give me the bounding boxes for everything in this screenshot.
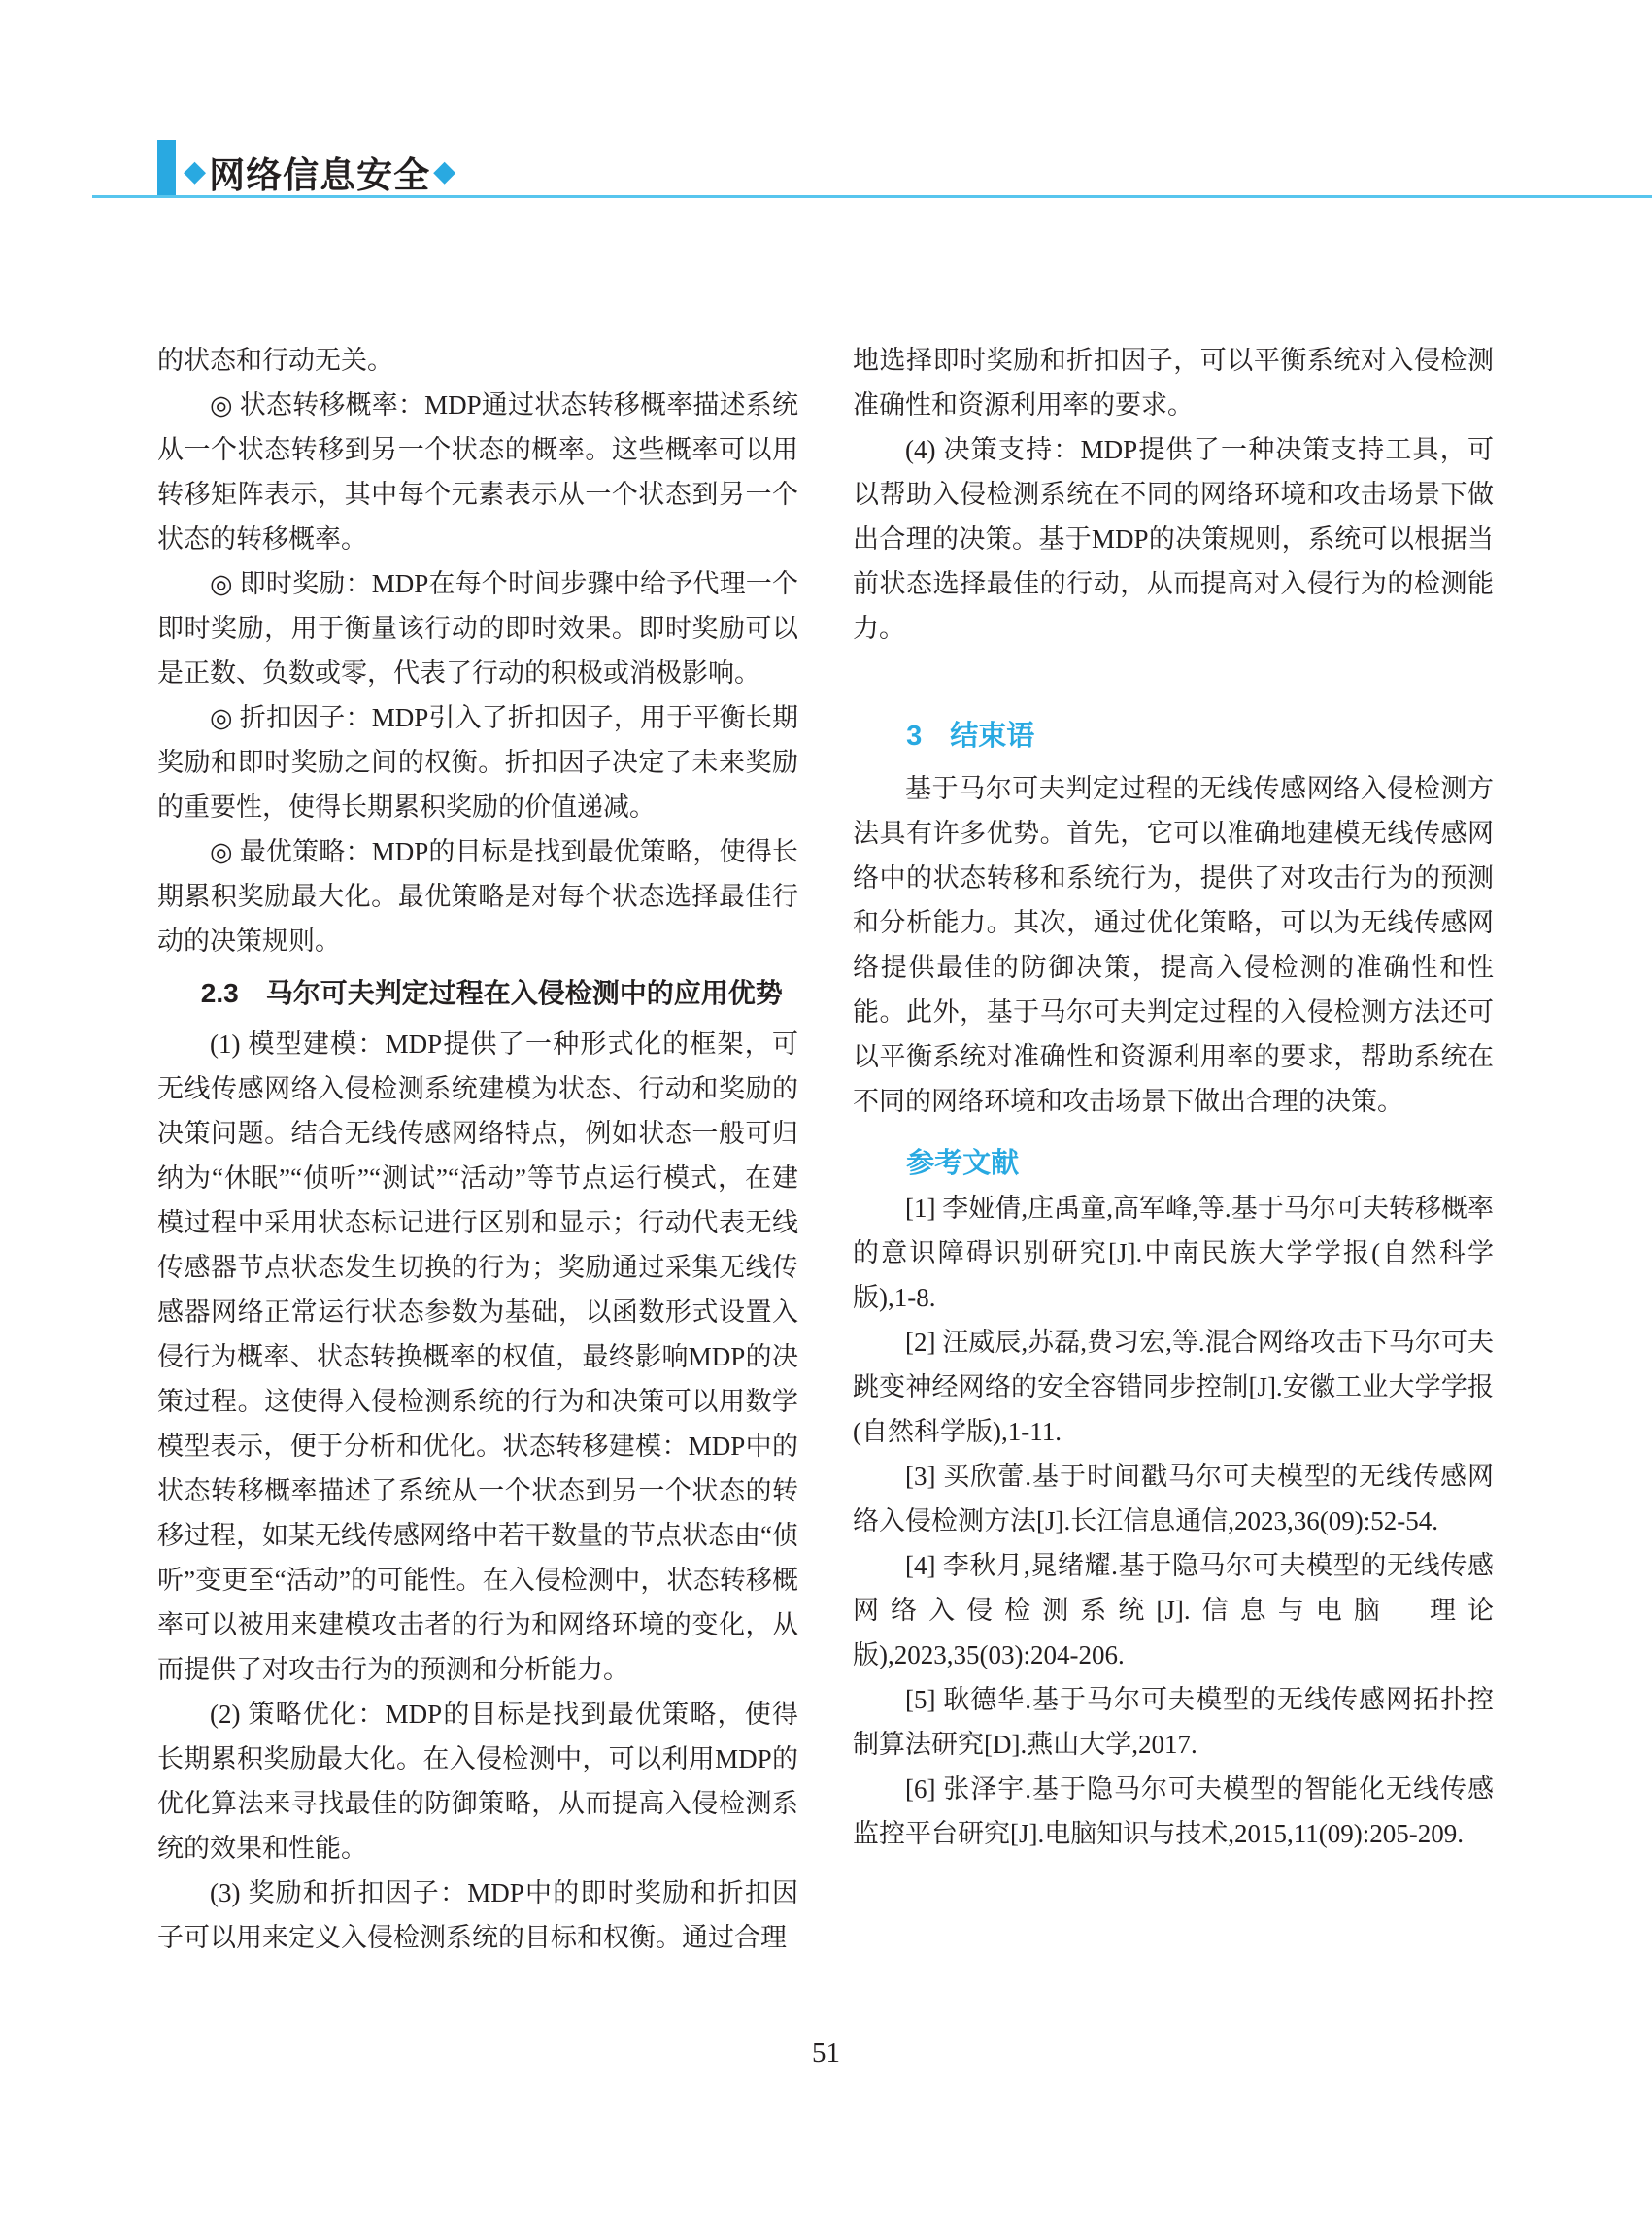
paragraph-continuation: 的状态和行动无关。 <box>157 338 798 383</box>
reference-item: [1] 李娅倩,庄禹童,高军峰,等.基于马尔可夫转移概率的意识障碍识别研究[J]… <box>853 1186 1494 1320</box>
page-number: 51 <box>0 2038 1652 2070</box>
reference-item: [3] 买欣蕾.基于时间戳马尔可夫模型的无线传感网络入侵检测方法[J].长江信息… <box>853 1454 1494 1543</box>
conclusion-paragraph: 基于马尔可夫判定过程的无线传感网络入侵检测方法具有许多优势。首先，它可以准确地建… <box>853 766 1494 1124</box>
numbered-paragraph: (4) 决策支持：MDP提供了一种决策支持工具，可以帮助入侵检测系统在不同的网络… <box>853 427 1494 651</box>
left-column: 的状态和行动无关。 ◎ 状态转移概率：MDP通过状态转移概率描述系统从一个状态转… <box>157 338 798 1960</box>
paragraph-continuation: 地选择即时奖励和折扣因子，可以平衡系统对入侵检测准确性和资源利用率的要求。 <box>853 338 1494 427</box>
reference-item: [4] 李秋月,晁绪耀.基于隐马尔可夫模型的无线传感网络入侵检测系统[J].信息… <box>853 1543 1494 1677</box>
column-section-title: 网络信息安全 <box>209 146 430 198</box>
bullet-paragraph: ◎ 最优策略：MDP的目标是找到最优策略，使得长期累积奖励最大化。最优策略是对每… <box>157 829 798 963</box>
section-heading-2-3: 2.3 马尔可夫判定过程在入侵检测中的应用优势 <box>157 971 798 1016</box>
bullet-paragraph: ◎ 状态转移概率：MDP通过状态转移概率描述系统从一个状态转移到另一个状态的概率… <box>157 383 798 561</box>
numbered-paragraph: (1) 模型建模：MDP提供了一种形式化的框架，可无线传感网络入侵检测系统建模为… <box>157 1022 798 1692</box>
bullet-paragraph: ◎ 即时奖励：MDP在每个时间步骤中给予代理一个即时奖励，用于衡量该行动的即时效… <box>157 561 798 695</box>
diamond-right-icon: ◆ <box>433 157 455 186</box>
journal-page: ◆ 网络信息安全 ◆ 的状态和行动无关。 ◎ 状态转移概率：MDP通过状态转移概… <box>0 0 1652 2225</box>
header-accent-bar <box>157 140 176 197</box>
diamond-left-icon: ◆ <box>184 157 206 186</box>
numbered-paragraph: (3) 奖励和折扣因子：MDP中的即时奖励和折扣因子可以用来定义入侵检测系统的目… <box>157 1871 798 1960</box>
header-title-row: ◆ 网络信息安全 ◆ <box>184 148 455 196</box>
reference-item: [5] 耿德华.基于马尔可夫模型的无线传感网拓扑控制算法研究[D].燕山大学,2… <box>853 1677 1494 1767</box>
reference-item: [6] 张泽宇.基于隐马尔可夫模型的智能化无线传感监控平台研究[J].电脑知识与… <box>853 1767 1494 1856</box>
numbered-paragraph: (2) 策略优化：MDP的目标是找到最优策略，使得长期累积奖励最大化。在入侵检测… <box>157 1692 798 1871</box>
right-column: 地选择即时奖励和折扣因子，可以平衡系统对入侵检测准确性和资源利用率的要求。 (4… <box>853 338 1494 1856</box>
conclusion-heading: 3 结束语 <box>853 714 1494 759</box>
bullet-paragraph: ◎ 折扣因子：MDP引入了折扣因子，用于平衡长期奖励和即时奖励之间的权衡。折扣因… <box>157 695 798 829</box>
header-divider <box>92 195 1652 198</box>
reference-item: [2] 汪威辰,苏磊,费习宏,等.混合网络攻击下马尔可夫跳变神经网络的安全容错同… <box>853 1320 1494 1454</box>
references-heading: 参考文献 <box>853 1141 1494 1186</box>
